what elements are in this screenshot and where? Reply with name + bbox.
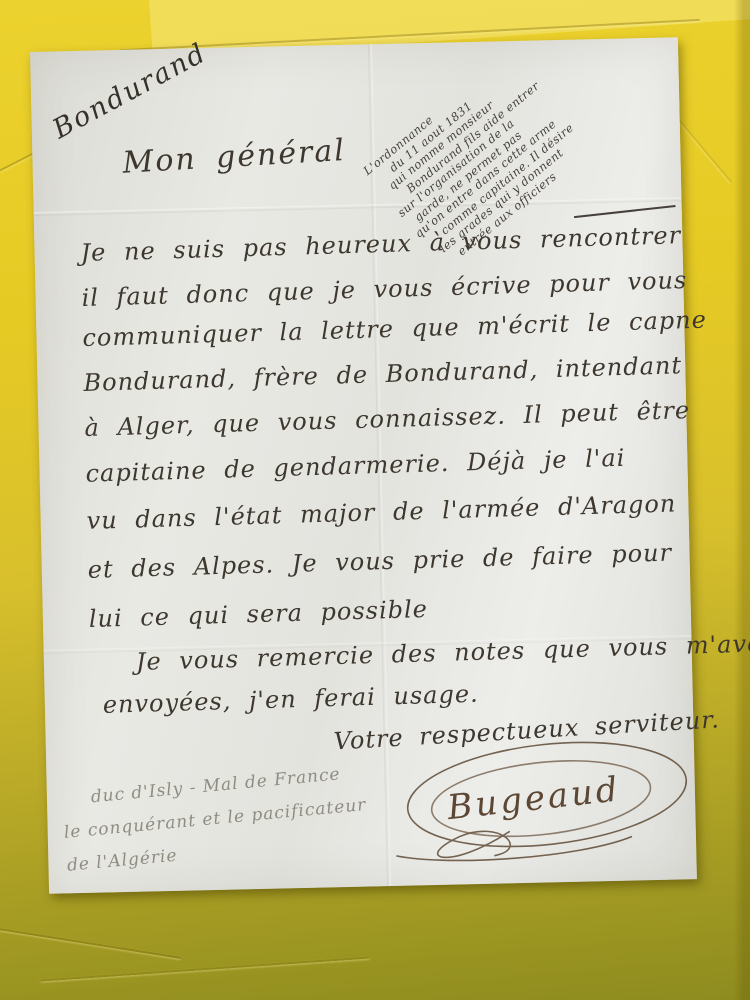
- body-line: il faut donc que je vous écrive pour vou…: [81, 266, 687, 312]
- archive-note: Bondurand: [48, 37, 212, 145]
- backdrop-crease: [0, 927, 181, 959]
- signature-block: Bugeaud: [388, 735, 696, 872]
- body-line: envoyées, j'en ferai usage.: [102, 680, 479, 719]
- body-line: communiquer la lettre que m'écrit le cap…: [82, 306, 707, 353]
- body-line: Je ne suis pas heureux à vous rencontrer: [80, 221, 681, 267]
- body-line: capitaine de gendarmerie. Déjà je l'ai: [85, 444, 626, 488]
- backdrop-shadow-strip: [734, 0, 750, 1000]
- body-line: à Alger, que vous connaissez. Il peut êt…: [84, 396, 690, 442]
- letter-paper: Bondurand L'ordonnance du 11 aout 1831 q…: [30, 37, 697, 893]
- body-line: Je vous remercie des notes que vous m'av…: [135, 629, 750, 676]
- body-line: lui ce qui sera possible: [88, 595, 428, 633]
- photo-of-letter: { "photo": { "backdrop_color_top": "#ecd…: [0, 0, 750, 1000]
- body-line: Bondurand, frère de Bondurand, intendant: [83, 351, 682, 397]
- horizontal-fold-line: [34, 197, 682, 216]
- salutation: Mon général: [122, 133, 347, 181]
- corner-annotation-underline: [574, 205, 676, 218]
- pencil-annotation: duc d'Isly - Mal de France le conquérant…: [60, 756, 371, 883]
- backdrop-crease: [40, 956, 369, 981]
